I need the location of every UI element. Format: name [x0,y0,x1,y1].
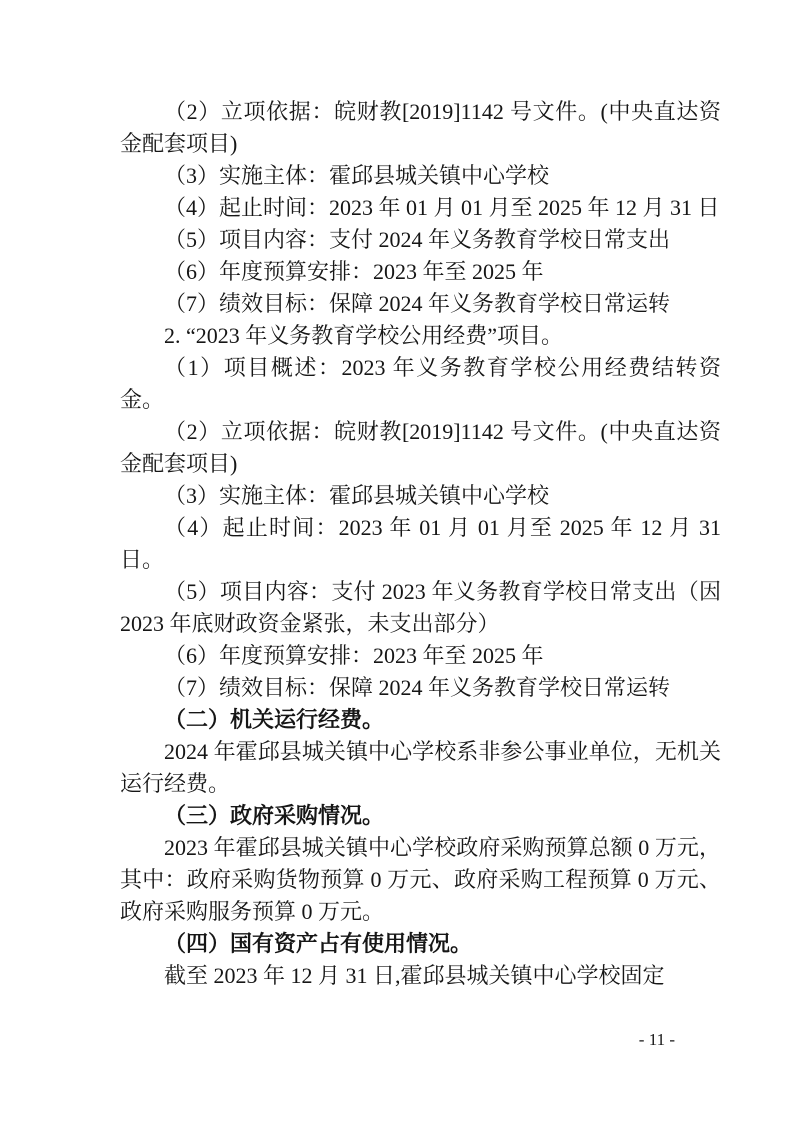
para-item4-duration-2: （4）起止时间：2023 年 01 月 01 月至 2025 年 12 月 31… [120,512,721,576]
para-item6-budget-2: （6）年度预算安排：2023 年至 2025 年 [120,640,721,672]
para-item2-basis-2: （2）立项依据：皖财教[2019]1142 号文件。(中央直达资金配套项目) [120,416,721,480]
page-footer: - 11 - [0,1027,675,1053]
para-item7-performance-2: （7）绩效目标：保障 2024 年义务教育学校日常运转 [120,672,721,704]
para-item3-implementer: （3）实施主体：霍邱县城关镇中心学校 [120,160,721,192]
para-project2-title: 2. “2023 年义务教育学校公用经费”项目。 [120,320,721,352]
page-number: - 11 - [639,1030,675,1049]
para-item4-duration: （4）起止时间：2023 年 01 月 01 月至 2025 年 12 月 31… [120,192,721,224]
para-item5-content: （5）项目内容：支付 2024 年义务教育学校日常支出 [120,224,721,256]
para-item1-overview: （1）项目概述：2023 年义务教育学校公用经费结转资金。 [120,352,721,416]
para-state-assets: 截至 2023 年 12 月 31 日,霍邱县城关镇中心学校固定 [120,960,721,992]
heading-section2-operating-funds: （二）机关运行经费。 [120,704,721,736]
para-item5-content-2: （5）项目内容：支付 2023 年义务教育学校日常支出（因 2023 年底财政资… [120,576,721,640]
para-procurement: 2023 年霍邱县城关镇中心学校政府采购预算总额 0 万元，其中：政府采购货物预… [120,832,721,928]
para-item2-basis: （2）立项依据：皖财教[2019]1142 号文件。(中央直达资金配套项目) [120,96,721,160]
para-item7-performance: （7）绩效目标：保障 2024 年义务教育学校日常运转 [120,288,721,320]
document-page: （2）立项依据：皖财教[2019]1142 号文件。(中央直达资金配套项目) （… [0,0,793,1122]
para-item3-implementer-2: （3）实施主体：霍邱县城关镇中心学校 [120,480,721,512]
para-operating-funds: 2024 年霍邱县城关镇中心学校系非参公事业单位，无机关运行经费。 [120,736,721,800]
document-body: （2）立项依据：皖财教[2019]1142 号文件。(中央直达资金配套项目) （… [120,96,721,992]
heading-section3-procurement: （三）政府采购情况。 [120,800,721,832]
heading-section4-state-assets: （四）国有资产占有使用情况。 [120,928,721,960]
para-item6-budget: （6）年度预算安排：2023 年至 2025 年 [120,256,721,288]
